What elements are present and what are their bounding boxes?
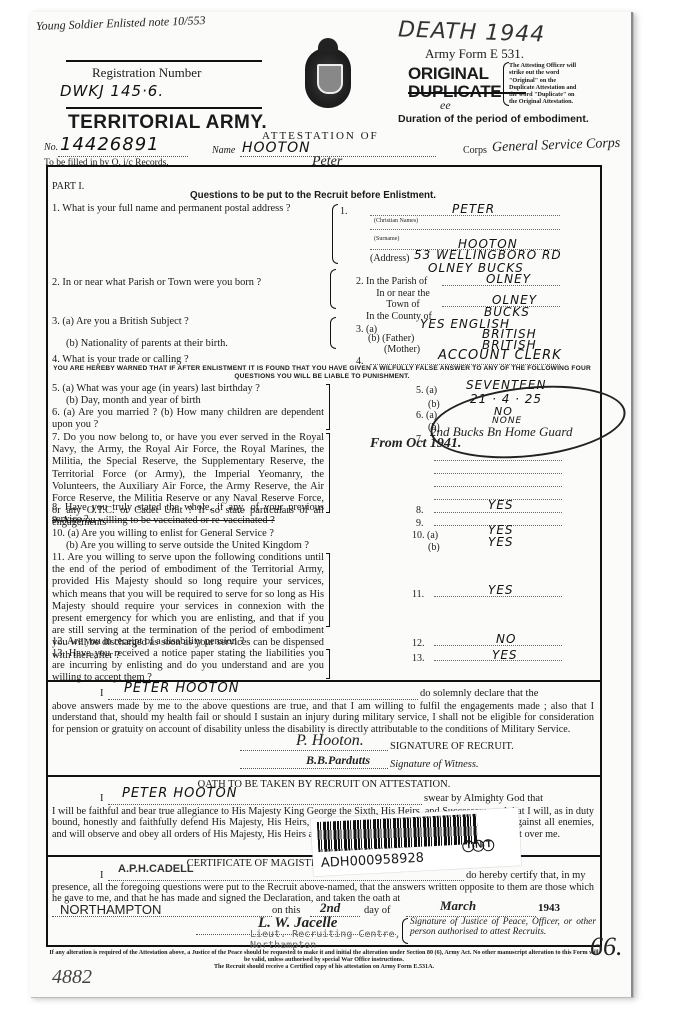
registration-number: DWKJ 145·6. bbox=[60, 82, 164, 100]
father-label: (b) (Father) bbox=[368, 333, 414, 344]
a12-label: 12. bbox=[412, 638, 425, 649]
mother-label: (Mother) bbox=[384, 344, 420, 355]
part-heading: Questions to be put to the Recruit befor… bbox=[190, 190, 436, 201]
question-text: (b) Day, month and year of birth bbox=[66, 395, 201, 406]
original-label: ORIGINAL bbox=[408, 64, 489, 84]
question-1: 1. What is your full name and permanent … bbox=[52, 203, 320, 215]
a4-label: 4. bbox=[356, 356, 364, 367]
question-number: 6. bbox=[52, 407, 60, 418]
question-text: Have you received a notice paper stating… bbox=[52, 648, 324, 683]
army-form-number: Army Form E 531. bbox=[425, 46, 524, 62]
oath-recruit-name: PETER HOOTON bbox=[122, 786, 238, 801]
question-3b: (b) Nationality of parents at their birt… bbox=[66, 338, 326, 350]
tnt-logo-icon: TNT bbox=[462, 839, 493, 853]
certificate-signature-label: Signature of Justice of Peace, Officer, … bbox=[410, 917, 596, 938]
day-of-label: day of bbox=[364, 905, 391, 916]
signature-bracket bbox=[402, 918, 408, 944]
surname-entry: HOOTON bbox=[242, 140, 311, 156]
corps-entry: General Service Corps bbox=[492, 136, 621, 156]
question-number: 3. bbox=[52, 316, 60, 327]
attestation-year: 1943 bbox=[538, 902, 560, 914]
attestation-place: NORTHAMPTON bbox=[60, 902, 161, 917]
christian-names-answer: PETER bbox=[452, 202, 495, 216]
footer-line-1: If any alteration is required of the Att… bbox=[46, 950, 602, 964]
answer-1-label: 1. bbox=[340, 206, 348, 217]
recruit-signature-line bbox=[240, 750, 388, 751]
a10b-answer: YES bbox=[488, 535, 514, 549]
question-number: 8. bbox=[52, 502, 60, 513]
recruit-signature-label: SIGNATURE OF RECRUIT. bbox=[390, 741, 514, 752]
question-number: 1. bbox=[52, 203, 60, 214]
question-5a: 5. (a) What was your age (in years) last… bbox=[52, 383, 324, 395]
barcode-icon bbox=[317, 814, 478, 852]
royal-crest-icon bbox=[305, 48, 351, 108]
question-number: 11. bbox=[52, 552, 65, 563]
duration-label: Duration of the period of embodiment. bbox=[398, 113, 589, 125]
barcode-id: ADH000958928 bbox=[321, 851, 425, 871]
bottom-left-number: 4882 bbox=[52, 966, 92, 989]
address-label: (Address) bbox=[370, 253, 409, 264]
corps-label: Corps bbox=[463, 145, 487, 156]
oath-prefix: I bbox=[100, 793, 104, 804]
question-number: 10. bbox=[52, 528, 65, 539]
trade-answer: ACCOUNT CLERK bbox=[438, 348, 562, 363]
question-text: Are you in receipt of a disability pensi… bbox=[67, 636, 244, 647]
a11-label: 11. bbox=[412, 589, 424, 600]
duplicate-initials: ee bbox=[440, 98, 451, 113]
service-number: 14426891 bbox=[60, 134, 160, 155]
name-line-2 bbox=[370, 229, 560, 230]
a8-line bbox=[434, 512, 562, 513]
previous-service-answer-2: From Oct 1941. bbox=[370, 436, 461, 452]
witness-signature-line bbox=[240, 768, 388, 769]
a7-line-3 bbox=[434, 473, 562, 474]
christian-names-caption: (Christian Names) bbox=[374, 218, 418, 224]
place-line bbox=[52, 916, 272, 917]
question-text: In or near what Parish or Town were you … bbox=[62, 277, 261, 288]
bottom-right-number: 66. bbox=[590, 932, 623, 962]
question-text: (b) Are you willing to serve outside the… bbox=[66, 540, 309, 551]
question-text: What is your full name and permanent pos… bbox=[62, 203, 290, 214]
attesting-officer-name: A.P.H.CADELL bbox=[118, 863, 194, 875]
no-label: No. bbox=[44, 142, 58, 153]
question-number: 2. bbox=[52, 277, 60, 288]
footer-notice: If any alteration is required of the Att… bbox=[46, 950, 602, 971]
q3-bracket bbox=[330, 317, 336, 349]
officer-name-line bbox=[108, 880, 464, 881]
question-text: (a) Are you a British Subject ? bbox=[62, 316, 188, 327]
attestation-form-page: Young Soldier Enlisted note 10/553 DEATH… bbox=[30, 12, 633, 997]
question-5b: (b) Day, month and year of birth bbox=[66, 395, 324, 407]
question-3a: 3. (a) Are you a British Subject ? bbox=[52, 316, 322, 328]
a8-label: 8. bbox=[416, 505, 424, 516]
a7-line-4 bbox=[434, 486, 562, 487]
oath-text-1: swear by Almighty God that bbox=[424, 793, 543, 804]
q11-bracket bbox=[326, 553, 330, 627]
question-6: 6. (a) Are you married ? (b) How many ch… bbox=[52, 407, 324, 431]
a12-line bbox=[434, 645, 562, 646]
witness-signature-label: Signature of Witness. bbox=[390, 759, 479, 770]
death-annotation: DEATH 1944 bbox=[398, 17, 546, 47]
name-line bbox=[240, 156, 436, 157]
a13-label: 13. bbox=[412, 653, 425, 664]
question-12: 12. Are you in receipt of a disability p… bbox=[52, 636, 324, 648]
question-text: (a) What was your age (in years) last bi… bbox=[62, 383, 259, 394]
parish-answer: OLNEY bbox=[486, 272, 531, 286]
footer-line-2: The Recruit should receive a Certified c… bbox=[46, 964, 602, 971]
a10b-label: (b) bbox=[428, 542, 440, 553]
address-line-1: 53 WELLINGBORO RD bbox=[414, 248, 562, 262]
q13-bracket bbox=[326, 649, 330, 679]
question-10b: (b) Are you willing to serve outside the… bbox=[66, 540, 324, 552]
a10a-label: 10. (a) bbox=[412, 530, 438, 541]
question-number: 7. bbox=[52, 432, 60, 443]
a12-answer: NO bbox=[496, 632, 516, 646]
declaration-name-line bbox=[108, 699, 418, 700]
question-text: Are you willing to be vaccinated or re-v… bbox=[62, 515, 275, 526]
top-handwritten-note: Young Soldier Enlisted note 10/553 bbox=[36, 13, 206, 34]
registration-label: Registration Number bbox=[92, 65, 201, 81]
name-label: Name bbox=[212, 145, 235, 156]
parish-line bbox=[442, 285, 560, 286]
a11-answer: YES bbox=[488, 583, 514, 597]
question-text: (b) Nationality of parents at their birt… bbox=[66, 338, 228, 349]
oath-name-line bbox=[108, 804, 422, 805]
question-number: 13. bbox=[52, 648, 65, 659]
q2-bracket bbox=[330, 269, 336, 309]
a11-line bbox=[434, 596, 562, 597]
q7-bracket bbox=[326, 433, 330, 513]
town-label: In or near the Town of bbox=[368, 288, 438, 310]
question-2: 2. In or near what Parish or Town were y… bbox=[52, 277, 322, 289]
question-text: (a) Are you married ? (b) How many child… bbox=[52, 407, 324, 430]
attestation-month: March bbox=[440, 898, 476, 914]
trade-line bbox=[370, 364, 560, 365]
question-number: 12. bbox=[52, 636, 65, 647]
barcode-sticker: TNT ADH000958928 bbox=[311, 808, 522, 877]
header-rule-top bbox=[66, 60, 262, 62]
declaration-recruit-name: PETER HOOTON bbox=[124, 681, 240, 696]
certificate-text-1: do hereby certify that, in my bbox=[466, 870, 586, 881]
question-text: What is your trade or calling ? bbox=[62, 354, 188, 365]
recruiting-centre-stamp: Lieut. Recruiting Centre, Northampton bbox=[250, 929, 420, 951]
certificate-prefix: I bbox=[100, 870, 104, 881]
attesting-officer-note: The Attesting Officer will strike out th… bbox=[509, 62, 581, 106]
a13-line bbox=[434, 660, 562, 661]
declaration-prefix: I bbox=[100, 688, 104, 699]
surname-caption: (Surname) bbox=[374, 236, 399, 242]
q5-6-bracket bbox=[326, 384, 330, 430]
a5a-label: 5. (a) bbox=[416, 385, 437, 396]
q1-bracket bbox=[332, 204, 338, 264]
question-number: 5. bbox=[52, 383, 60, 394]
recruit-signature: P. Hooton. bbox=[296, 732, 364, 750]
question-number: 4. bbox=[52, 354, 60, 365]
a7-line-2 bbox=[434, 460, 562, 461]
declaration-text-2: above answers made by me to the above qu… bbox=[52, 701, 594, 735]
parish-label: 2. In the Parish of bbox=[356, 276, 427, 287]
question-text: (a) Are you willing to enlist for Genera… bbox=[68, 528, 274, 539]
form-title: TERRITORIAL ARMY. bbox=[68, 112, 267, 134]
question-10a: 10. (a) Are you willing to enlist for Ge… bbox=[52, 528, 324, 540]
witness-signature: B.B.Pardutts bbox=[306, 753, 370, 768]
a5b-label: (b) bbox=[428, 399, 440, 410]
service-number-line bbox=[58, 156, 188, 157]
question-number: 9. bbox=[52, 515, 60, 526]
a9-label: 9. bbox=[416, 518, 424, 529]
header-rule-bottom bbox=[66, 107, 262, 109]
question-9-struck: 9. Are you willing to be vaccinated or r… bbox=[52, 515, 324, 527]
a8-answer: YES bbox=[488, 498, 514, 512]
part-label: PART I. bbox=[52, 181, 84, 192]
oath-divider bbox=[46, 775, 602, 777]
attestation-day: 2nd bbox=[320, 900, 340, 916]
declaration-text-1: do solemnly declare that the bbox=[420, 688, 538, 699]
